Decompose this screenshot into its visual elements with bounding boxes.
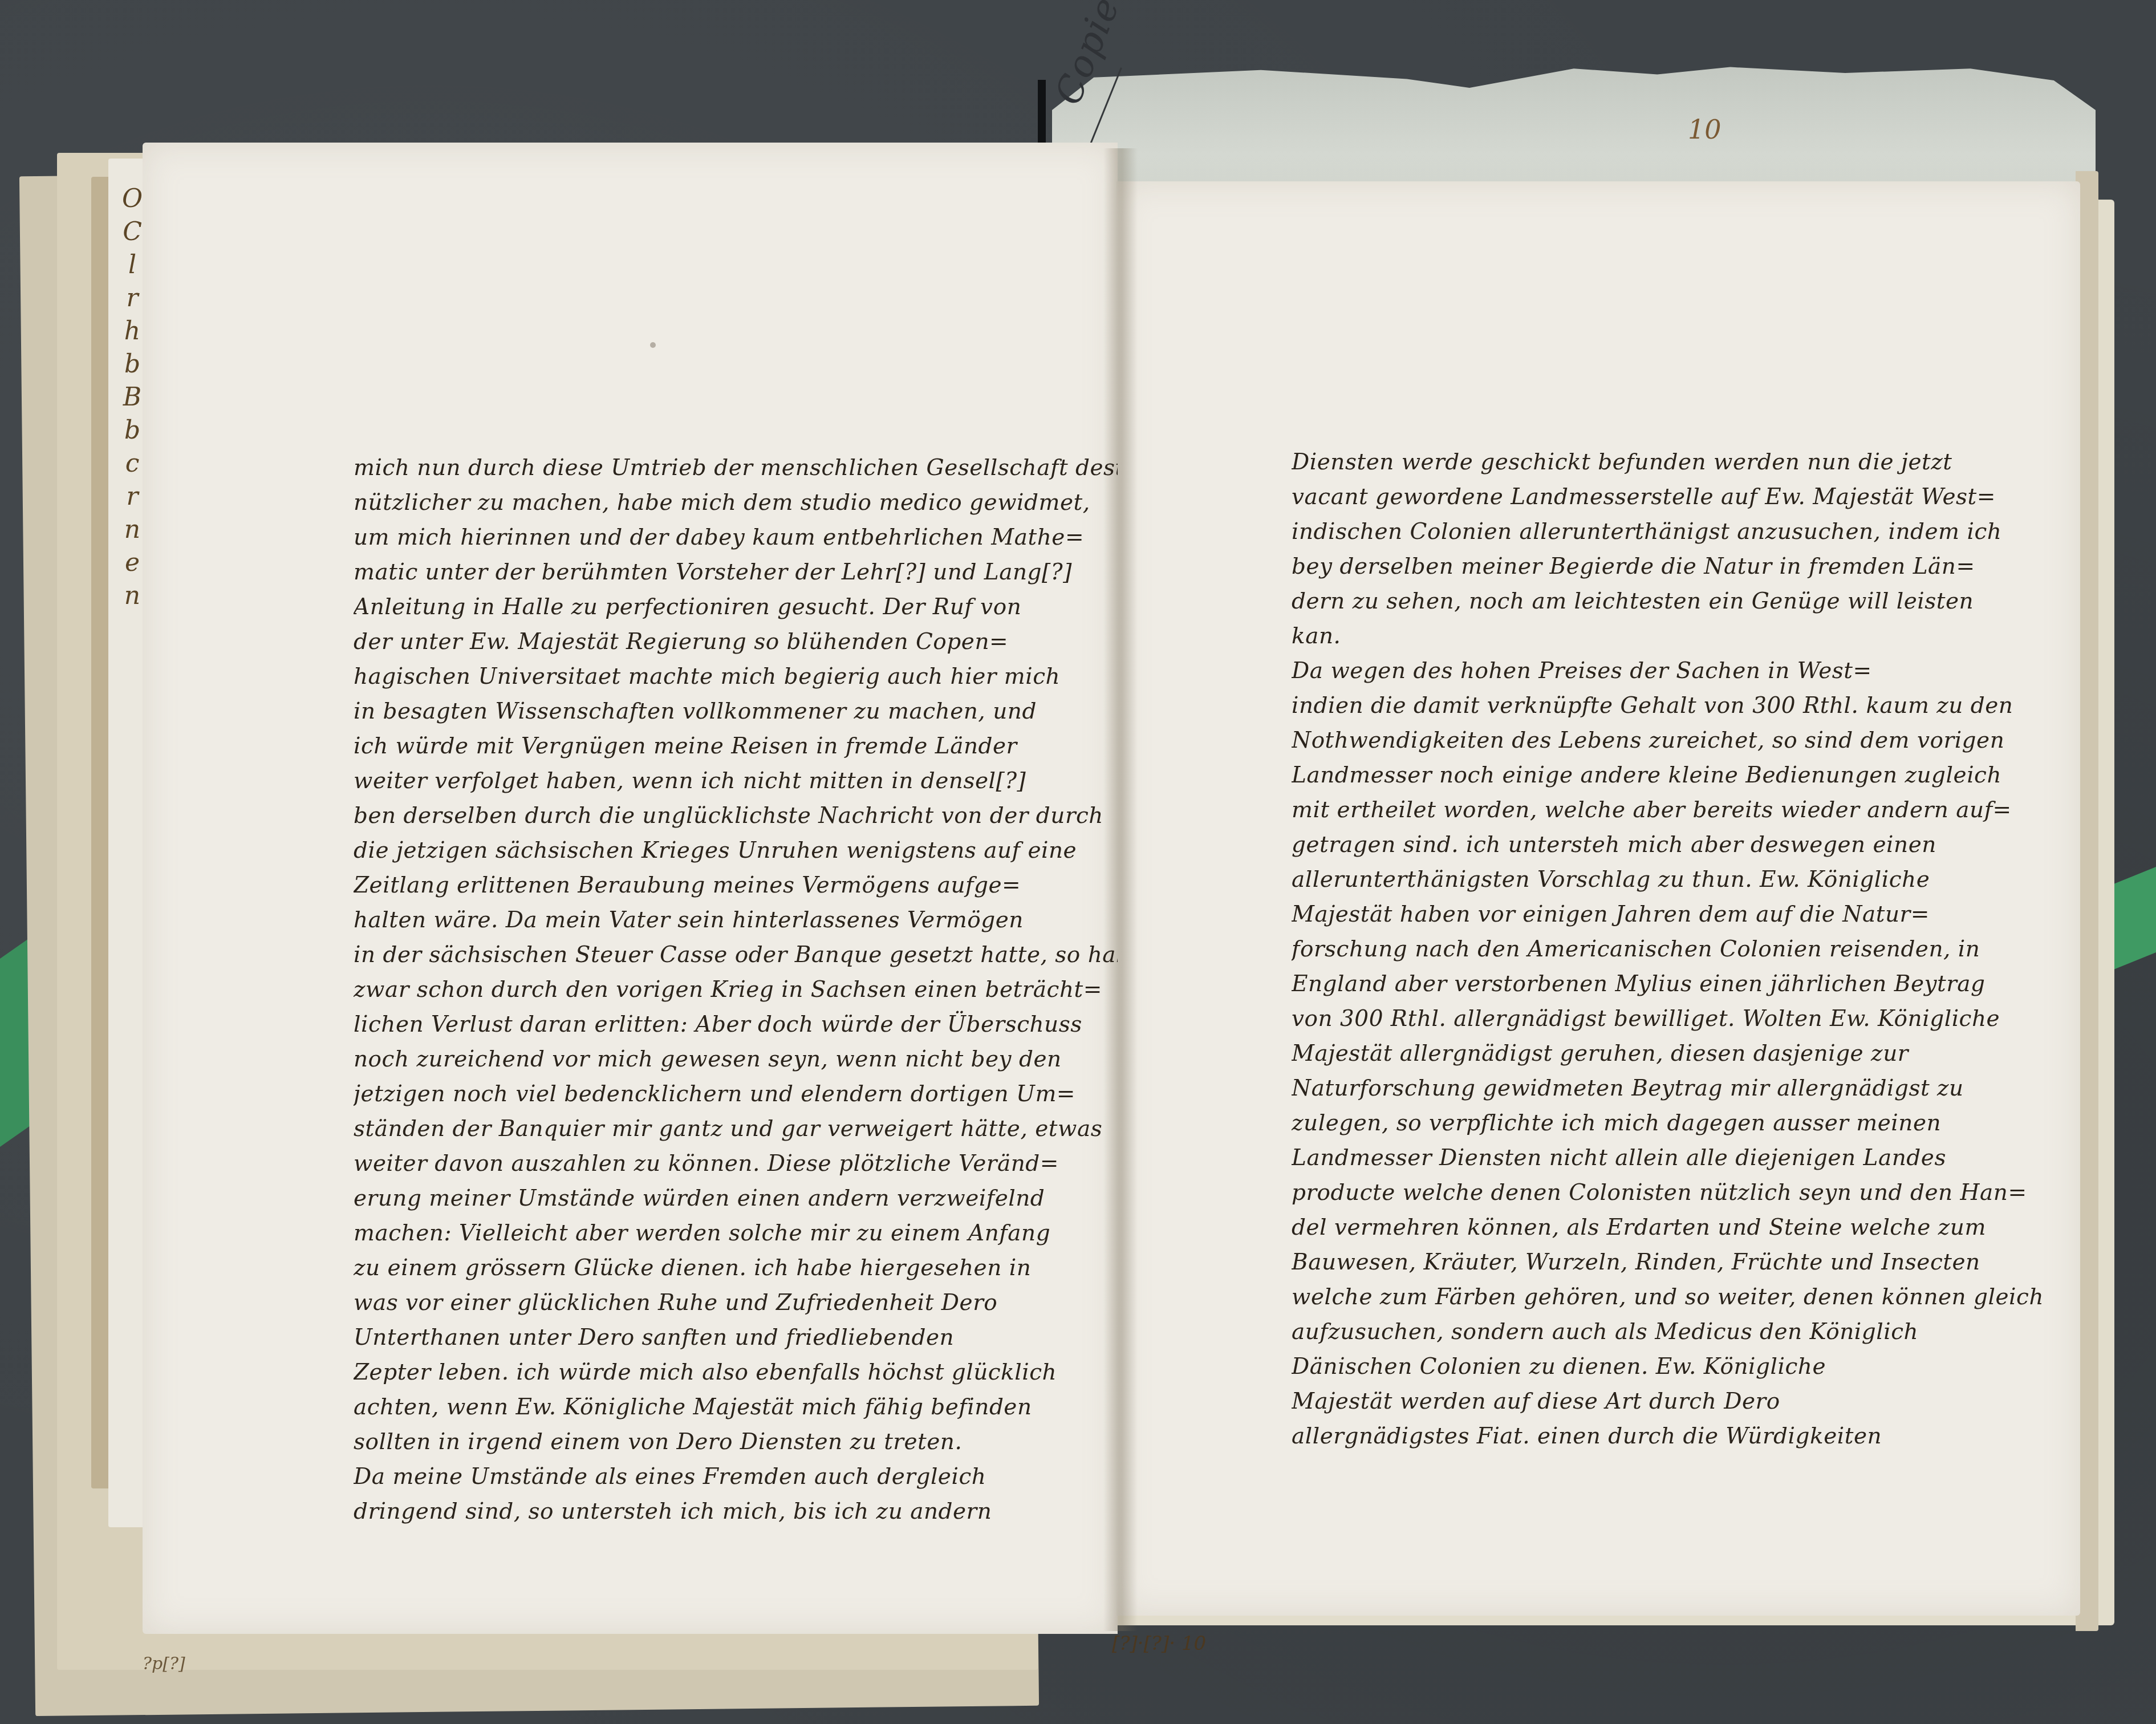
- text-line: weiter davon auszahlen zu können. Diese …: [354, 1146, 1118, 1181]
- text-line: Diensten werde geschickt befunden werden…: [1292, 445, 2078, 480]
- text-line: getragen sind. ich untersteh mich aber d…: [1292, 827, 2078, 862]
- bottom-fragment-left: ?p[?]: [143, 1654, 185, 1674]
- text-line: in besagten Wissenschaften vollkommener …: [354, 694, 1118, 729]
- pin-hole: [650, 342, 656, 348]
- text-line: kan.: [1292, 619, 2078, 654]
- text-line: halten wäre. Da mein Vater sein hinterla…: [354, 903, 1118, 938]
- text-line: ben derselben durch die unglücklichste N…: [354, 798, 1118, 833]
- text-line: welche zum Färben gehören, und so weiter…: [1292, 1280, 2078, 1315]
- margin-letter: c: [125, 447, 140, 480]
- text-line: Anleitung in Halle zu perfectioniren ges…: [354, 590, 1118, 624]
- text-line: noch zureichend vor mich gewesen seyn, w…: [354, 1042, 1118, 1077]
- margin-letter: n: [124, 579, 140, 612]
- text-line: ich würde mit Vergnügen meine Reisen in …: [354, 729, 1118, 764]
- text-line: forschung nach den Americanischen Coloni…: [1292, 932, 2078, 967]
- text-line: zulegen, so verpflichte ich mich dagegen…: [1292, 1106, 2078, 1141]
- margin-letter: l: [128, 249, 136, 282]
- text-line: producte welche denen Colonisten nützlic…: [1292, 1175, 2078, 1210]
- margin-letter: O: [122, 182, 143, 216]
- margin-letter: h: [124, 315, 140, 348]
- text-line: zu einem grössern Glücke dienen. ich hab…: [354, 1251, 1118, 1285]
- text-line: Majestät werden auf diese Art durch Dero: [1292, 1384, 2078, 1419]
- text-line: aufzusuchen, sondern auch als Medicus de…: [1292, 1315, 2078, 1349]
- bottom-fragment-right: [?]·[?]· 10: [1112, 1632, 1206, 1655]
- text-line: zwar schon durch den vorigen Krieg in Sa…: [354, 972, 1118, 1007]
- text-line: Landmesser noch einige andere kleine Bed…: [1292, 758, 2078, 793]
- text-line: Nothwendigkeiten des Lebens zureichet, s…: [1292, 723, 2078, 758]
- text-line: nützlicher zu machen, habe mich dem stud…: [354, 485, 1118, 520]
- text-line: der unter Ew. Majestät Regierung so blüh…: [354, 624, 1118, 659]
- text-line: indien die damit verknüpfte Gehalt von 3…: [1292, 688, 2078, 723]
- text-line: allergnädigstes Fiat. einen durch die Wü…: [1292, 1419, 2078, 1454]
- text-line: dringend sind, so untersteh ich mich, bi…: [354, 1494, 1118, 1529]
- text-line: sollten in irgend einem von Dero Dienste…: [354, 1425, 1118, 1459]
- text-line: machen: Vielleicht aber werden solche mi…: [354, 1216, 1118, 1251]
- text-line: Bauwesen, Kräuter, Wurzeln, Rinden, Früc…: [1292, 1245, 2078, 1280]
- text-line: ständen der Banquier mir gantz und gar v…: [354, 1112, 1118, 1146]
- text-line: die jetzigen sächsischen Krieges Unruhen…: [354, 833, 1118, 868]
- text-line: Da wegen des hohen Preises der Sachen in…: [1292, 654, 2078, 688]
- text-line: um mich hierinnen und der dabey kaum ent…: [354, 520, 1118, 555]
- text-line: hagischen Universitaet machte mich begie…: [354, 659, 1118, 694]
- cover-number: 10: [1688, 114, 1721, 145]
- text-line: England aber verstorbenen Mylius einen j…: [1292, 967, 2078, 1001]
- right-page-text: Diensten werde geschickt befunden werden…: [1292, 445, 2078, 1454]
- text-line: Majestät haben vor einigen Jahren dem au…: [1292, 897, 2078, 932]
- text-line: Zeitlang erlittenen Beraubung meines Ver…: [354, 868, 1118, 903]
- text-line: Dänischen Colonien zu dienen. Ew. Königl…: [1292, 1349, 2078, 1384]
- margin-letter: C: [123, 216, 142, 249]
- text-line: mich nun durch diese Umtrieb der menschl…: [354, 451, 1118, 485]
- left-page-text: mich nun durch diese Umtrieb der menschl…: [354, 451, 1118, 1529]
- text-line: in der sächsischen Steuer Casse oder Ban…: [354, 938, 1118, 972]
- margin-letters: O C l r h b B b c r n e n: [121, 182, 144, 612]
- margin-letter: n: [124, 513, 140, 546]
- text-line: lichen Verlust daran erlitten: Aber doch…: [354, 1007, 1118, 1042]
- text-line: Majestät allergnädigst geruhen, diesen d…: [1292, 1036, 2078, 1071]
- text-line: weiter verfolget haben, wenn ich nicht m…: [354, 764, 1118, 798]
- text-line: indischen Colonien allerunterthänigst an…: [1292, 514, 2078, 549]
- text-line: Zepter leben. ich würde mich also ebenfa…: [354, 1355, 1118, 1390]
- margin-letter: b: [124, 348, 140, 381]
- margin-letter: r: [126, 480, 138, 513]
- margin-letter: r: [126, 282, 138, 315]
- text-line: del vermehren können, als Erdarten und S…: [1292, 1210, 2078, 1245]
- text-line: Unterthanen unter Dero sanften und fried…: [354, 1320, 1118, 1355]
- text-line: matic unter der berühmten Vorsteher der …: [354, 555, 1118, 590]
- margin-letter: e: [125, 546, 140, 579]
- text-line: vacant gewordene Landmesserstelle auf Ew…: [1292, 480, 2078, 514]
- text-line: Naturforschung gewidmeten Beytrag mir al…: [1292, 1071, 2078, 1106]
- text-line: allerunterthänigsten Vorschlag zu thun. …: [1292, 862, 2078, 897]
- text-line: Da meine Umstände als eines Fremden auch…: [354, 1459, 1118, 1494]
- text-line: erung meiner Umstände würden einen ander…: [354, 1181, 1118, 1216]
- text-line: Landmesser Diensten nicht allein alle di…: [1292, 1141, 2078, 1175]
- margin-letter: b: [124, 414, 140, 447]
- margin-letter: B: [123, 381, 141, 414]
- text-line: mit ertheilet worden, welche aber bereit…: [1292, 793, 2078, 827]
- text-line: dern zu sehen, noch am leichtesten ein G…: [1292, 584, 2078, 619]
- text-line: was vor einer glücklichen Ruhe und Zufri…: [354, 1285, 1118, 1320]
- text-line: achten, wenn Ew. Königliche Majestät mic…: [354, 1390, 1118, 1425]
- text-line: jetzigen noch viel bedencklichern und el…: [354, 1077, 1118, 1112]
- text-line: bey derselben meiner Begierde die Natur …: [1292, 549, 2078, 584]
- text-line: von 300 Rthl. allergnädigst bewilliget. …: [1292, 1001, 2078, 1036]
